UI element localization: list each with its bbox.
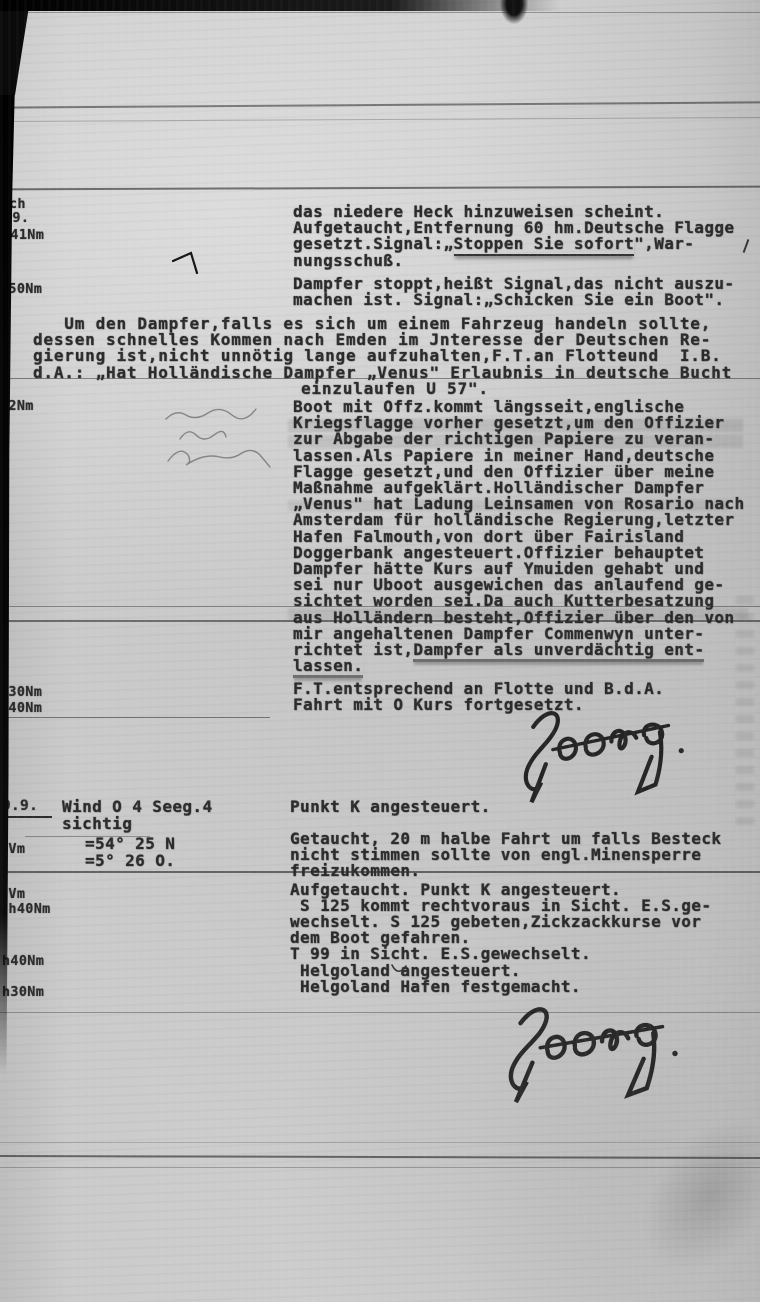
ruled-line (0, 117, 760, 122)
signature-period (672, 1051, 678, 1057)
pencil-note (160, 405, 300, 477)
signature-stroke (626, 1025, 658, 1095)
signature-stroke (585, 734, 605, 755)
log-entry-block: das niedere Heck hinzuweisen scheint. Au… (293, 204, 758, 308)
weather-line: Wind O 4 Seeg.4 (62, 799, 213, 815)
underlined-verdict-text: Dampfer als unverdächtig ent- (413, 640, 704, 662)
log-text-line: Helgoland Hafen festgemacht. (290, 979, 755, 995)
log-text-line: freizukommen. (290, 863, 755, 879)
ruled-line (0, 1167, 760, 1168)
pencil-curve-mark (390, 963, 410, 977)
pencil-stroke (168, 450, 270, 467)
log-text-line: Punkt K angesteuert. (290, 799, 491, 815)
pencil-stroke (392, 965, 406, 971)
ruled-line (0, 12, 760, 13)
weather-line: sichtig (62, 816, 132, 832)
scan-border-left-corner (0, 0, 30, 95)
log-entry-block: Boot mit Offz.kommt längsseit,englische … (293, 399, 758, 674)
pencil-stroke (166, 409, 256, 419)
underlined-verdict-text: lassen. (293, 656, 363, 678)
position-latitude: =54° 25 N (85, 836, 175, 852)
paper-smudge-bottom-right (616, 1094, 760, 1296)
underlined-signal-text: Stoppen Sie sofort (454, 234, 635, 256)
signature-stroke (574, 1033, 594, 1055)
log-text-line: machen ist. Signal:„Schicken Sie ein Boo… (293, 292, 758, 308)
signature-stroke (633, 724, 666, 792)
log-entry-block: Getaucht, 20 m halbe Fahrt um falls Best… (290, 831, 755, 995)
ruled-line (0, 1155, 760, 1159)
log-text-line: einzulaufen U 57". (301, 381, 759, 397)
signature-period (678, 748, 684, 754)
log-entry-block: Um den Dampfer,falls es sich um einem Fa… (33, 316, 759, 397)
scan-border-top (0, 0, 560, 11)
scan-blob-top (500, 0, 528, 24)
margin-time: h30Nm (2, 984, 44, 1000)
position-longitude: =5° 26 O. (85, 853, 175, 869)
signature-stroke (509, 1009, 550, 1102)
ktb-scan-page: ch .9. h41Nm h50Nm h2Nm h30Nm h40Nm das … (0, 0, 760, 1302)
signature-stroke (521, 713, 563, 803)
signature-georg: Georg. (488, 994, 702, 1106)
ruled-line (0, 717, 270, 718)
margin-date-day2: 9.9. (2, 798, 52, 818)
pencil-stroke (180, 431, 226, 439)
check-stroke (173, 253, 197, 273)
ruled-line (0, 101, 760, 108)
ruled-line (0, 1142, 760, 1143)
margin-time: h40Nm (2, 953, 44, 969)
log-text: ",War- (634, 234, 694, 253)
check-mark (171, 249, 199, 279)
signature-georg: Georg. (502, 693, 708, 807)
ruled-line (0, 186, 760, 191)
